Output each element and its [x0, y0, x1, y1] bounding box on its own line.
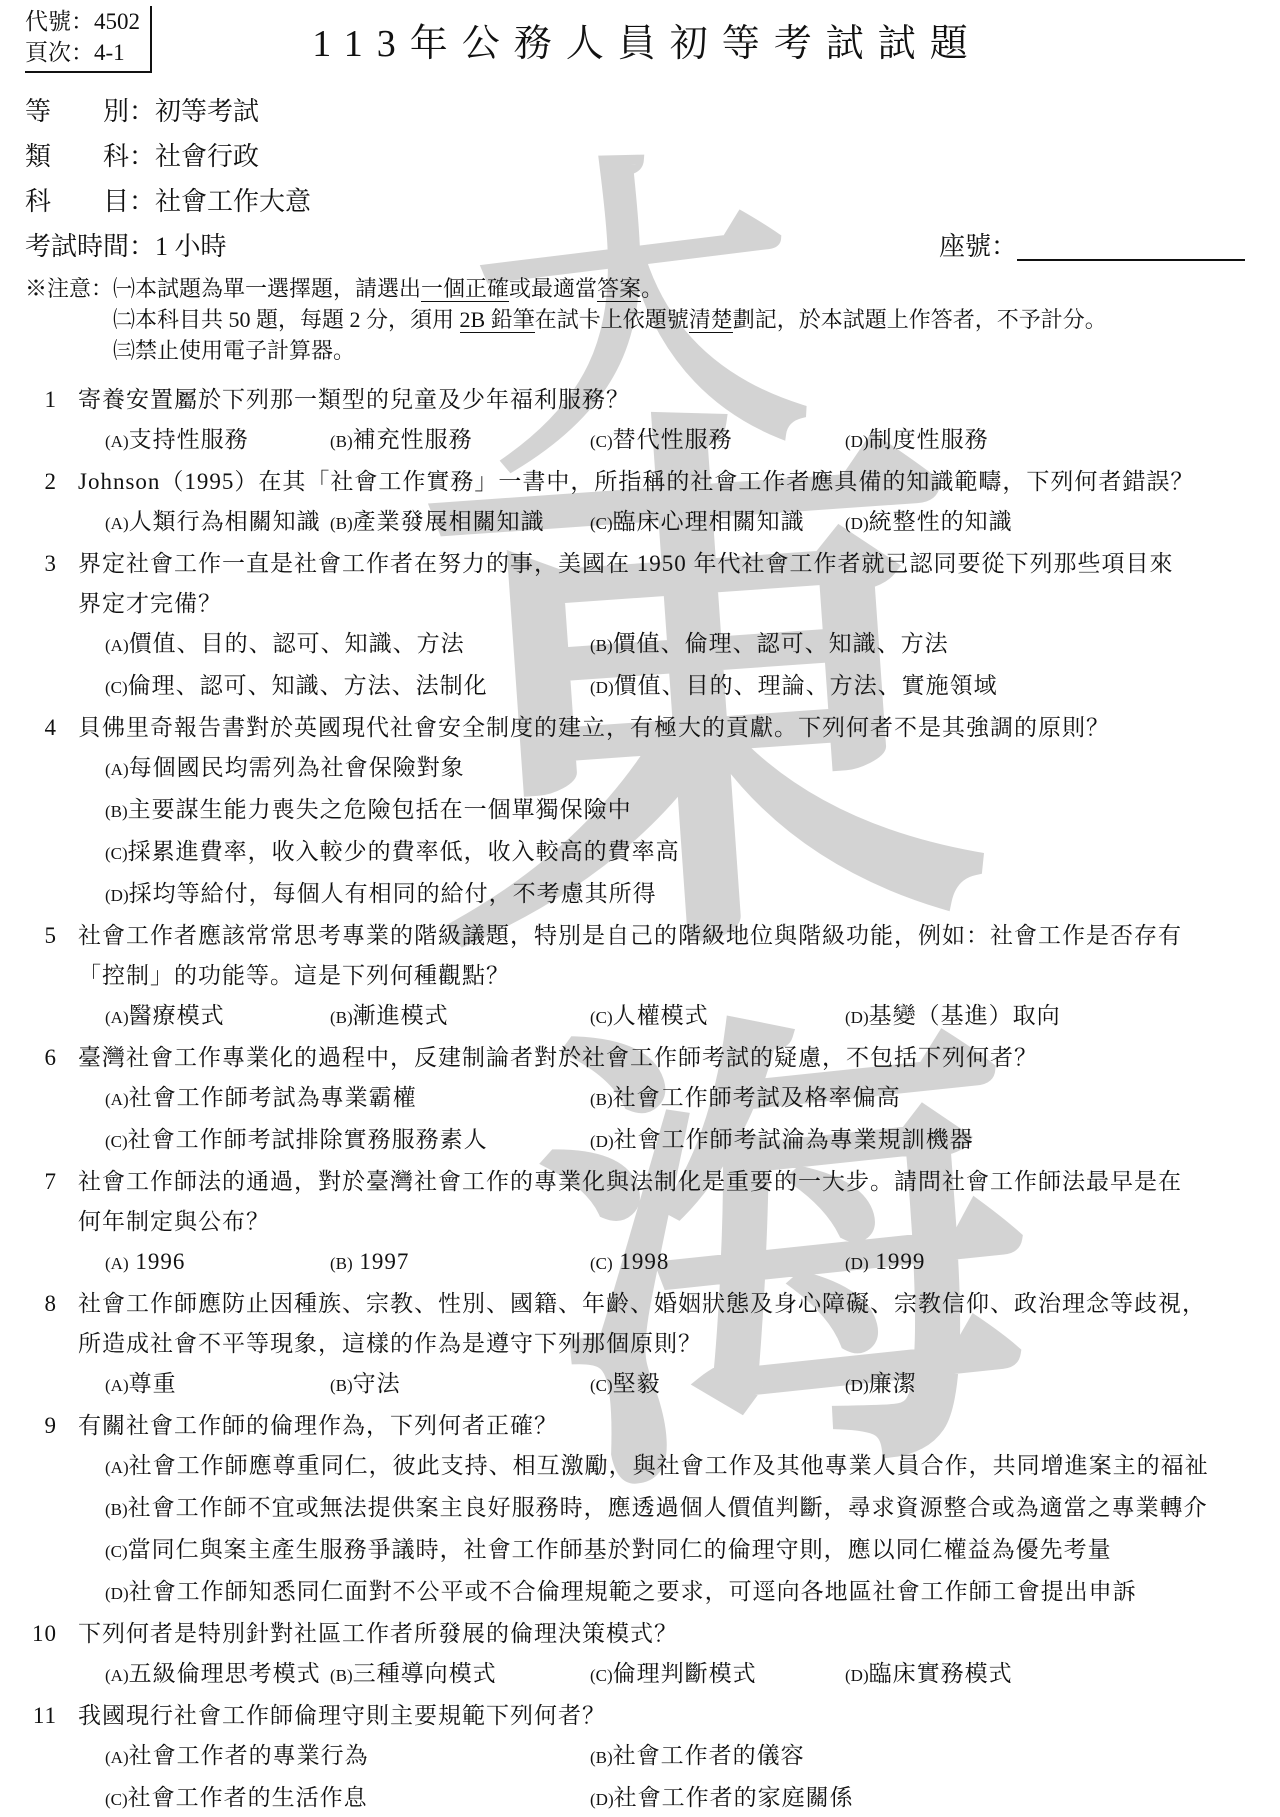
question-text-line: 有關社會工作師的倫理作為，下列何者正確？ — [78, 1406, 1255, 1446]
question-number: 6 — [25, 1038, 57, 1162]
option-text: 價值、目的、認可、知識、方法 — [129, 631, 465, 656]
option-group: (A)每個國民均需列為社會保險對象(B)主要謀生能力喪失之危險包括在一個單獨保險… — [105, 748, 1255, 916]
option-letter: (B) — [330, 1666, 353, 1685]
option-text: 社會工作者的儀容 — [613, 1743, 805, 1768]
option-text: 堅毅 — [613, 1371, 661, 1396]
question-body: 下列何者是特別針對社區工作者所發展的倫理決策模式？(A)五級倫理思考模式(B)三… — [78, 1614, 1255, 1696]
meta-colon: ： — [129, 91, 155, 128]
option-text: 五級倫理思考模式 — [129, 1661, 321, 1686]
question: 2Johnson（1995）在其「社會工作實務」一書中，所指稱的社會工作者應具備… — [25, 462, 1255, 544]
notice-text: 或最適當 — [509, 276, 597, 301]
option-group: (A)社會工作師應尊重同仁，彼此支持、相互激勵，與社會工作及其他專業人員合作，共… — [105, 1446, 1255, 1614]
page-title: 113年公務人員初等考試試題 — [25, 0, 1255, 67]
notice-line: ㈢禁止使用電子計算器。 — [113, 335, 1107, 366]
question-text-line: 寄養安置屬於下列那一類型的兒童及少年福利服務？ — [78, 380, 1255, 420]
code-value: 4502 — [94, 9, 140, 34]
option-letter: (C) — [590, 1666, 613, 1685]
question-body: 有關社會工作師的倫理作為，下列何者正確？(A)社會工作師應尊重同仁，彼此支持、相… — [78, 1406, 1255, 1614]
question-body: 貝佛里奇報告書對於英國現代社會安全制度的建立，有極大的貢獻。下列何者不是其強調的… — [78, 708, 1255, 916]
option: (C)社會工作者的生活作息 — [105, 1778, 590, 1817]
question-text-line: 社會工作師法的通過，對於臺灣社會工作的專業化與法制化是重要的一大步。請問社會工作… — [78, 1162, 1255, 1202]
question-body: 界定社會工作一直是社會工作者在努力的事，美國在 1950 年代社會工作者就已認同… — [78, 544, 1255, 708]
option: (A)社會工作師應尊重同仁，彼此支持、相互激勵，與社會工作及其他專業人員合作，共… — [105, 1446, 1255, 1488]
option-text: 守法 — [353, 1371, 401, 1396]
option-group: (A) 1996(B) 1997(C) 1998(D) 1999 — [105, 1242, 1255, 1284]
option: (C)臨床心理相關知識 — [590, 502, 845, 544]
option: (D)臨床實務模式 — [845, 1654, 1255, 1696]
option-group: (A)支持性服務(B)補充性服務(C)替代性服務(D)制度性服務 — [105, 420, 1255, 462]
question: 5社會工作者應該常常思考專業的階級議題，特別是自己的階級地位與階級功能，例如：社… — [25, 916, 1255, 1038]
option-text: 社會工作者的家庭關係 — [614, 1785, 854, 1810]
option: (D) 1999 — [845, 1242, 1255, 1284]
option-letter: (D) — [845, 1376, 869, 1395]
question-body: 我國現行社會工作師倫理守則主要規範下列何者？(A)社會工作者的專業行為(B)社會… — [78, 1696, 1255, 1817]
page-value: 4-1 — [94, 40, 125, 65]
option-letter: (A) — [105, 1458, 129, 1477]
option-letter: (D) — [845, 1008, 869, 1027]
option: (B) 1997 — [330, 1242, 590, 1284]
option-text: 主要謀生能力喪失之危險包括在一個單獨保險中 — [128, 797, 632, 822]
option-text: 1996 — [129, 1249, 186, 1274]
option: (A)社會工作師考試為專業霸權 — [105, 1078, 590, 1120]
option-text: 倫理判斷模式 — [613, 1661, 757, 1686]
option-letter: (B) — [330, 432, 353, 451]
option: (B)漸進模式 — [330, 996, 590, 1038]
option: (C)堅毅 — [590, 1364, 845, 1406]
option-text: 支持性服務 — [129, 427, 249, 452]
question-number: 7 — [25, 1162, 57, 1284]
option: (D)社會工作師考試淪為專業規訓機器 — [590, 1120, 1255, 1162]
notice-line: ㈡本科目共 50 題，每題 2 分，須用 2B 鉛筆在試卡上依題號清楚劃記，於本… — [113, 304, 1107, 335]
option-letter: (C) — [590, 432, 613, 451]
option-text: 採累進費率，收入較少的費率低，收入較高的費率高 — [128, 839, 680, 864]
option-letter: (A) — [105, 1748, 129, 1767]
option-group: (A)人類行為相關知識(B)產業發展相關知識(C)臨床心理相關知識(D)統整性的… — [105, 502, 1255, 544]
notice-items: ㈠本試題為單一選擇題，請選出一個正確或最適當答案。㈡本科目共 50 題，每題 2… — [113, 273, 1107, 366]
option-letter: (C) — [590, 514, 613, 533]
notice-text: 劃記，於本試題上作答者，不予計分。 — [733, 307, 1107, 332]
option: (C)採累進費率，收入較少的費率低，收入較高的費率高 — [105, 832, 1255, 874]
option: (A)價值、目的、認可、知識、方法 — [105, 624, 590, 666]
option-letter: (B) — [330, 514, 353, 533]
exam-time: 考試時間：1 小時 — [25, 226, 227, 263]
option-letter: (C) — [105, 1542, 128, 1561]
meta-value: 初等考試 — [155, 91, 259, 128]
page-label: 頁次： — [25, 40, 94, 65]
exam-time-value: 1 小時 — [155, 232, 227, 261]
meta-row: 等 別：初等考試 — [25, 91, 1255, 136]
option-text: 1999 — [869, 1249, 926, 1274]
option-text: 統整性的知識 — [869, 509, 1013, 534]
option: (B)守法 — [330, 1364, 590, 1406]
question-text-line: 界定社會工作一直是社會工作者在努力的事，美國在 1950 年代社會工作者就已認同… — [78, 544, 1255, 584]
option-text: 三種導向模式 — [353, 1661, 497, 1686]
option-group: (A)社會工作者的專業行為(B)社會工作者的儀容(C)社會工作者的生活作息(D)… — [105, 1736, 1255, 1817]
question-text-line: 我國現行社會工作師倫理守則主要規範下列何者？ — [78, 1696, 1255, 1736]
option-text: 社會工作師知悉同仁面對不公平或不合倫理規範之要求，可逕向各地區社會工作師工會提出… — [129, 1579, 1137, 1604]
seat-number: 座號： — [939, 226, 1245, 263]
meta-row: 科 目：社會工作大意 — [25, 181, 1255, 226]
meta-value: 社會行政 — [155, 136, 259, 173]
exam-meta: 等 別：初等考試類 科：社會行政科 目：社會工作大意 — [25, 91, 1255, 226]
question-body: Johnson（1995）在其「社會工作實務」一書中，所指稱的社會工作者應具備的… — [78, 462, 1255, 544]
code-label: 代號： — [25, 9, 94, 34]
option-letter: (C) — [105, 1790, 128, 1809]
code-box: 代號：4502 頁次：4-1 — [25, 6, 152, 73]
option: (B)社會工作者的儀容 — [590, 1736, 1255, 1778]
question-number: 1 — [25, 380, 57, 462]
option: (B)社會工作師考試及格率偏高 — [590, 1078, 1255, 1120]
notice-text: ㈡本科目共 50 題，每題 2 分，須用 — [113, 307, 460, 332]
notice-text: ㈠本試題為單一選擇題，請選出 — [113, 276, 421, 301]
option: (D)採均等給付，每個人有相同的給付，不考慮其所得 — [105, 874, 1255, 916]
option: (D)廉潔 — [845, 1364, 1255, 1406]
question: 8社會工作師應防止因種族、宗教、性別、國籍、年齡、婚姻狀態及身心障礙、宗教信仰、… — [25, 1284, 1255, 1406]
option-letter: (B) — [590, 1090, 613, 1109]
option-letter: (C) — [590, 1008, 613, 1027]
option-text: 臨床心理相關知識 — [613, 509, 805, 534]
option-letter: (C) — [105, 1132, 128, 1151]
notice-line: ㈠本試題為單一選擇題，請選出一個正確或最適當答案。 — [113, 273, 1107, 304]
option: (B)社會工作師不宜或無法提供案主良好服務時，應透過個人價值判斷，尋求資源整合或… — [105, 1488, 1255, 1530]
option-text: 漸進模式 — [353, 1003, 449, 1028]
option-letter: (D) — [590, 678, 614, 697]
option: (C)人權模式 — [590, 996, 845, 1038]
question-text-line: 社會工作師應防止因種族、宗教、性別、國籍、年齡、婚姻狀態及身心障礙、宗教信仰、政… — [78, 1284, 1255, 1324]
option-text: 社會工作者的生活作息 — [128, 1785, 368, 1810]
option: (A)支持性服務 — [105, 420, 330, 462]
option-letter: (C) — [105, 844, 128, 863]
option: (B)補充性服務 — [330, 420, 590, 462]
option-text: 社會工作師考試排除實務服務素人 — [128, 1127, 488, 1152]
header: 代號：4502 頁次：4-1 113年公務人員初等考試試題 等 別：初等考試類 … — [25, 0, 1255, 271]
question-body: 寄養安置屬於下列那一類型的兒童及少年福利服務？(A)支持性服務(B)補充性服務(… — [78, 380, 1255, 462]
option-text: 社會工作師考試為專業霸權 — [129, 1085, 417, 1110]
option-text: 尊重 — [129, 1371, 177, 1396]
option-text: 補充性服務 — [353, 427, 473, 452]
notice-text: 。 — [641, 276, 663, 301]
question-body: 臺灣社會工作專業化的過程中，反建制論者對於社會工作師考試的疑慮，不包括下列何者？… — [78, 1038, 1255, 1162]
option-letter: (A) — [105, 1254, 129, 1273]
option-text: 1998 — [613, 1249, 670, 1274]
option-text: 人類行為相關知識 — [129, 509, 321, 534]
option-letter: (B) — [105, 1500, 128, 1519]
question-list: 1寄養安置屬於下列那一類型的兒童及少年福利服務？(A)支持性服務(B)補充性服務… — [25, 380, 1255, 1817]
option-letter: (A) — [105, 1666, 129, 1685]
question-text-line: 界定才完備？ — [78, 584, 1255, 624]
option-letter: (D) — [845, 514, 869, 533]
option-letter: (C) — [105, 678, 128, 697]
question-number: 11 — [25, 1696, 57, 1817]
option-text: 基變（基進）取向 — [869, 1003, 1061, 1028]
option-text: 當同仁與案主產生服務爭議時，社會工作師基於對同仁的倫理守則，應以同仁權益為優先考… — [128, 1537, 1112, 1562]
meta-row: 類 科：社會行政 — [25, 136, 1255, 181]
question-number: 2 — [25, 462, 57, 544]
option-letter: (C) — [590, 1254, 613, 1273]
option-text: 社會工作師考試及格率偏高 — [613, 1085, 901, 1110]
question-text-line: 貝佛里奇報告書對於英國現代社會安全制度的建立，有極大的貢獻。下列何者不是其強調的… — [78, 708, 1255, 748]
question-text-line: 所造成社會不平等現象，這樣的作為是遵守下列那個原則？ — [78, 1324, 1255, 1364]
option-letter: (B) — [590, 1748, 613, 1767]
option-letter: (A) — [105, 760, 129, 779]
exam-time-label: 考試時間： — [25, 232, 155, 261]
option-letter: (D) — [845, 1254, 869, 1273]
option-letter: (C) — [590, 1376, 613, 1395]
question: 11我國現行社會工作師倫理守則主要規範下列何者？(A)社會工作者的專業行為(B)… — [25, 1696, 1255, 1817]
option-text: 臨床實務模式 — [869, 1661, 1013, 1686]
option-letter: (A) — [105, 1090, 129, 1109]
question-number: 3 — [25, 544, 57, 708]
seat-label: 座號： — [939, 232, 1017, 261]
option: (C)當同仁與案主產生服務爭議時，社會工作師基於對同仁的倫理守則，應以同仁權益為… — [105, 1530, 1255, 1572]
meta-label: 類 科 — [25, 136, 129, 173]
option: (C)倫理判斷模式 — [590, 1654, 845, 1696]
option: (A)人類行為相關知識 — [105, 502, 330, 544]
option-letter: (A) — [105, 636, 129, 655]
question-text-line: 下列何者是特別針對社區工作者所發展的倫理決策模式？ — [78, 1614, 1255, 1654]
meta-value: 社會工作大意 — [155, 181, 311, 218]
option: (A)五級倫理思考模式 — [105, 1654, 330, 1696]
option-text: 社會工作師不宜或無法提供案主良好服務時，應透過個人價值判斷，尋求資源整合或為適當… — [128, 1495, 1208, 1520]
option-group: (A)醫療模式(B)漸進模式(C)人權模式(D)基變（基進）取向 — [105, 996, 1255, 1038]
notice-block: ※注意： ㈠本試題為單一選擇題，請選出一個正確或最適當答案。㈡本科目共 50 題… — [25, 273, 1255, 366]
option-letter: (B) — [330, 1254, 353, 1273]
option-group: (A)價值、目的、認可、知識、方法(B)價值、倫理、認可、知識、方法(C)倫理、… — [105, 624, 1255, 708]
notice-text: ㈢禁止使用電子計算器。 — [113, 338, 355, 363]
option-text: 1997 — [353, 1249, 410, 1274]
option: (D)基變（基進）取向 — [845, 996, 1255, 1038]
question-number: 9 — [25, 1406, 57, 1614]
option: (B)主要謀生能力喪失之危險包括在一個單獨保險中 — [105, 790, 1255, 832]
option-letter: (D) — [105, 1584, 129, 1603]
question-number: 5 — [25, 916, 57, 1038]
option-letter: (D) — [845, 432, 869, 451]
option: (B)產業發展相關知識 — [330, 502, 590, 544]
option: (A)社會工作者的專業行為 — [105, 1736, 590, 1778]
option: (C)替代性服務 — [590, 420, 845, 462]
option-letter: (B) — [330, 1376, 353, 1395]
option-group: (A)尊重(B)守法(C)堅毅(D)廉潔 — [105, 1364, 1255, 1406]
question: 1寄養安置屬於下列那一類型的兒童及少年福利服務？(A)支持性服務(B)補充性服務… — [25, 380, 1255, 462]
option-text: 價值、目的、理論、方法、實施領域 — [614, 673, 998, 698]
option-text: 社會工作師考試淪為專業規訓機器 — [614, 1127, 974, 1152]
option-letter: (B) — [590, 636, 613, 655]
code-line: 代號：4502 — [25, 6, 140, 37]
question: 4貝佛里奇報告書對於英國現代社會安全制度的建立，有極大的貢獻。下列何者不是其強調… — [25, 708, 1255, 916]
option-letter: (B) — [330, 1008, 353, 1027]
option-letter: (A) — [105, 1376, 129, 1395]
question: 9有關社會工作師的倫理作為，下列何者正確？(A)社會工作師應尊重同仁，彼此支持、… — [25, 1406, 1255, 1614]
option: (D)統整性的知識 — [845, 502, 1255, 544]
seat-number-blank — [1017, 231, 1245, 261]
option-letter: (D) — [590, 1132, 614, 1151]
question: 10下列何者是特別針對社區工作者所發展的倫理決策模式？(A)五級倫理思考模式(B… — [25, 1614, 1255, 1696]
option-group: (A)五級倫理思考模式(B)三種導向模式(C)倫理判斷模式(D)臨床實務模式 — [105, 1654, 1255, 1696]
option-text: 每個國民均需列為社會保險對象 — [129, 755, 465, 780]
question: 7社會工作師法的通過，對於臺灣社會工作的專業化與法制化是重要的一大步。請問社會工… — [25, 1162, 1255, 1284]
option: (D)價值、目的、理論、方法、實施領域 — [590, 666, 1255, 708]
question: 6臺灣社會工作專業化的過程中，反建制論者對於社會工作師考試的疑慮，不包括下列何者… — [25, 1038, 1255, 1162]
underlined-text: 清楚 — [689, 307, 733, 333]
option-text: 採均等給付，每個人有相同的給付，不考慮其所得 — [129, 881, 657, 906]
option-text: 社會工作師應尊重同仁，彼此支持、相互激勵，與社會工作及其他專業人員合作，共同增進… — [129, 1453, 1209, 1478]
question-text-line: 臺灣社會工作專業化的過程中，反建制論者對於社會工作師考試的疑慮，不包括下列何者？ — [78, 1038, 1255, 1078]
option-text: 產業發展相關知識 — [353, 509, 545, 534]
option-text: 價值、倫理、認可、知識、方法 — [613, 631, 949, 656]
option-text: 社會工作者的專業行為 — [129, 1743, 369, 1768]
question-text-line: 「控制」的功能等。這是下列何種觀點？ — [78, 956, 1255, 996]
option-letter: (D) — [105, 886, 129, 905]
meta-colon: ： — [129, 136, 155, 173]
question-text-line: Johnson（1995）在其「社會工作實務」一書中，所指稱的社會工作者應具備的… — [78, 462, 1255, 502]
page-number-line: 頁次：4-1 — [25, 37, 140, 68]
option: (A)每個國民均需列為社會保險對象 — [105, 748, 1255, 790]
question-text-line: 社會工作者應該常常思考專業的階級議題，特別是自己的階級地位與階級功能，例如：社會… — [78, 916, 1255, 956]
underlined-text: 答案 — [597, 276, 641, 302]
meta-colon: ： — [129, 181, 155, 218]
exam-time-row: 考試時間：1 小時 座號： — [25, 226, 1255, 271]
question-body: 社會工作師應防止因種族、宗教、性別、國籍、年齡、婚姻狀態及身心障礙、宗教信仰、政… — [78, 1284, 1255, 1406]
option: (D)制度性服務 — [845, 420, 1255, 462]
underlined-text: 2B 鉛筆 — [460, 307, 535, 333]
option: (A)尊重 — [105, 1364, 330, 1406]
question-body: 社會工作者應該常常思考專業的階級議題，特別是自己的階級地位與階級功能，例如：社會… — [78, 916, 1255, 1038]
option: (C)社會工作師考試排除實務服務素人 — [105, 1120, 590, 1162]
option-text: 廉潔 — [869, 1371, 917, 1396]
option: (D)社會工作者的家庭關係 — [590, 1778, 1255, 1817]
option-text: 醫療模式 — [129, 1003, 225, 1028]
option-letter: (A) — [105, 1008, 129, 1027]
question-text-line: 何年制定與公布？ — [78, 1202, 1255, 1242]
option: (B)價值、倫理、認可、知識、方法 — [590, 624, 1255, 666]
exam-paper-page: 大 東 海 代號：4502 頁次：4-1 113年公務人員初等考試試題 等 別：… — [0, 0, 1280, 1817]
option-letter: (B) — [105, 802, 128, 821]
option: (B)三種導向模式 — [330, 1654, 590, 1696]
option: (C)倫理、認可、知識、方法、法制化 — [105, 666, 590, 708]
option-letter: (A) — [105, 432, 129, 451]
option-letter: (D) — [590, 1790, 614, 1809]
option: (A) 1996 — [105, 1242, 330, 1284]
notice-marker: ※注意： — [25, 273, 113, 366]
question-body: 社會工作師法的通過，對於臺灣社會工作的專業化與法制化是重要的一大步。請問社會工作… — [78, 1162, 1255, 1284]
notice-text: 在試卡上依題號 — [535, 307, 689, 332]
option-text: 倫理、認可、知識、方法、法制化 — [128, 673, 488, 698]
question-number: 8 — [25, 1284, 57, 1406]
question: 3界定社會工作一直是社會工作者在努力的事，美國在 1950 年代社會工作者就已認… — [25, 544, 1255, 708]
question-number: 4 — [25, 708, 57, 916]
question-number: 10 — [25, 1614, 57, 1696]
option: (C) 1998 — [590, 1242, 845, 1284]
option-letter: (A) — [105, 514, 129, 533]
meta-label: 科 目 — [25, 181, 129, 218]
option-text: 人權模式 — [613, 1003, 709, 1028]
option-text: 替代性服務 — [613, 427, 733, 452]
meta-label: 等 別 — [25, 91, 129, 128]
option: (A)醫療模式 — [105, 996, 330, 1038]
underlined-text: 一個正確 — [421, 276, 509, 302]
option-group: (A)社會工作師考試為專業霸權(B)社會工作師考試及格率偏高(C)社會工作師考試… — [105, 1078, 1255, 1162]
option-text: 制度性服務 — [869, 427, 989, 452]
option: (D)社會工作師知悉同仁面對不公平或不合倫理規範之要求，可逕向各地區社會工作師工… — [105, 1572, 1255, 1614]
option-letter: (D) — [845, 1666, 869, 1685]
